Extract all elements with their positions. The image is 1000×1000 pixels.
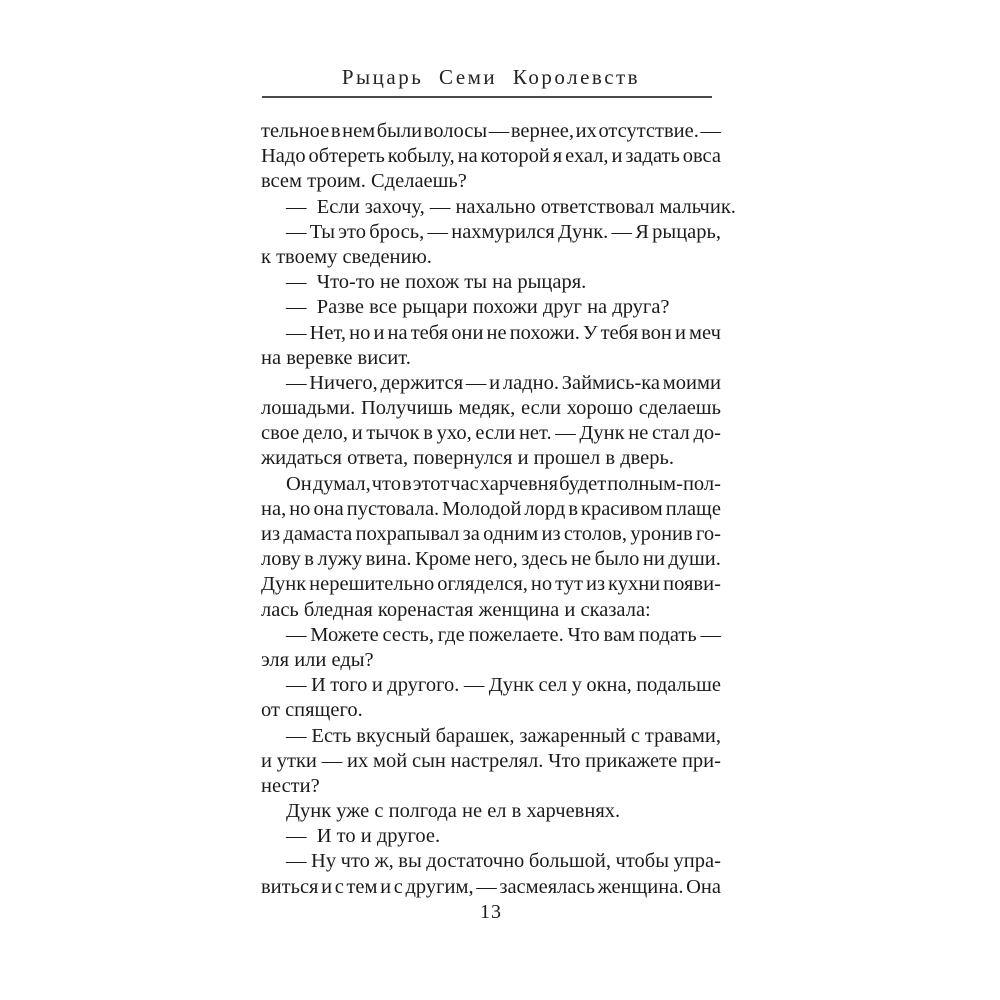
text-line: эля или еды?: [261, 648, 721, 673]
text-line: —Естьвкусныйбарашек,зажаренныйстравами,: [261, 724, 721, 749]
text-line: — И то и другое.: [261, 824, 721, 849]
text-line: своедело,итычоквухо,еслинет.—Дункнесталд…: [261, 421, 721, 446]
text-line: лась бледная коренастая женщина и сказал…: [261, 598, 721, 623]
text-line: Дункнерешительноогляделся,нотутизкухнипо…: [261, 572, 721, 597]
paragraph: Ондумал,чтовэтотчасхарчевнябудетполным-п…: [261, 472, 721, 623]
text-line: Дунк уже с полгода не ел в харчевнях.: [261, 799, 721, 824]
text-line: к твоему сведению.: [261, 245, 721, 270]
paragraph: Дунк уже с полгода не ел в харчевнях.: [261, 799, 721, 824]
text-line: —Ничего,держится—иладно.Займись-камоими: [261, 371, 721, 396]
paragraph: тельноевнембыливолосы—вернее,ихотсутстви…: [261, 119, 721, 195]
text-line: витьсяистемисдругим,—засмеяласьженщина.О…: [261, 875, 721, 900]
text-line: на,ноонапустовала.Молодойлордвкрасивомпл…: [261, 497, 721, 522]
text-line: —Тыэтобрось,—нахмурилсяДунк.—Ярыцарь,: [261, 220, 721, 245]
text-line: всем троим. Сделаешь?: [261, 169, 721, 194]
page-number: 13: [261, 901, 721, 924]
paragraph: —Нет,ноинатебяонинепохожи.Утебявонимечна…: [261, 321, 721, 371]
running-title: Рыцарь Семи Королевств: [261, 65, 721, 90]
paragraph: —Ничего,держится—иладно.Займись-камоимил…: [261, 371, 721, 472]
text-line: от спящего.: [261, 698, 721, 723]
text-line: —Итогоидругого.—Дункселуокна,подальше: [261, 673, 721, 698]
text-line: —Нет,ноинатебяонинепохожи.Утебявонимеч: [261, 321, 721, 346]
text-line: ловувлужувина.Кроменего,здесьнебылонидуш…: [261, 547, 721, 572]
paragraph: —Тыэтобрось,—нахмурилсяДунк.—Ярыцарь,к т…: [261, 220, 721, 270]
text-line: Ондумал,чтовэтотчасхарчевнябудетполным-п…: [261, 472, 721, 497]
text-block: тельноевнембыливолосы—вернее,ихотсутстви…: [261, 119, 721, 900]
book-page: Рыцарь Семи Королевств тельноевнембыливо…: [0, 0, 1000, 1000]
paragraph: —Нучтож,выдостаточнобольшой,чтобыупра-ви…: [261, 849, 721, 899]
text-line: —Нучтож,выдостаточнобольшой,чтобыупра-: [261, 849, 721, 874]
paragraph: — Что-то не похож ты на рыцаря.: [261, 270, 721, 295]
text-line: Надообтеретькобылу,накоторойяехал,изадат…: [261, 144, 721, 169]
paragraph: —Можетесесть,гдепожелаете.Чтовамподать—э…: [261, 623, 721, 673]
text-line: —Можетесесть,гдепожелаете.Чтовамподать—: [261, 623, 721, 648]
text-line: — Если захочу, — нахально ответствовал м…: [261, 195, 721, 220]
text-line: жидаться ответа, повернулся и прошел в д…: [261, 446, 721, 471]
paragraph: — И то и другое.: [261, 824, 721, 849]
text-line: нести?: [261, 774, 721, 799]
paragraph: — Разве все рыцари похожи друг на друга?: [261, 295, 721, 320]
text-line: тельноевнембыливолосы—вернее,ихотсутстви…: [261, 119, 721, 144]
text-line: — Что-то не похож ты на рыцаря.: [261, 270, 721, 295]
text-line: лошадьми.Получишьмедяк,еслихорошосделаеш…: [261, 396, 721, 421]
paragraph: —Естьвкусныйбарашек,зажаренныйстравами,и…: [261, 724, 721, 800]
text-line: — Разве все рыцари похожи друг на друга?: [261, 295, 721, 320]
header-rule: [262, 96, 712, 98]
paragraph: — Если захочу, — нахально ответствовал м…: [261, 195, 721, 220]
text-line: иутки—ихмойсыннастрелял.Чтоприкажетепри-: [261, 749, 721, 774]
paragraph: —Итогоидругого.—Дункселуокна,подальшеот …: [261, 673, 721, 723]
text-line: на веревке висит.: [261, 346, 721, 371]
text-line: издамастапохрапывалзаоднимизстолов,урони…: [261, 522, 721, 547]
